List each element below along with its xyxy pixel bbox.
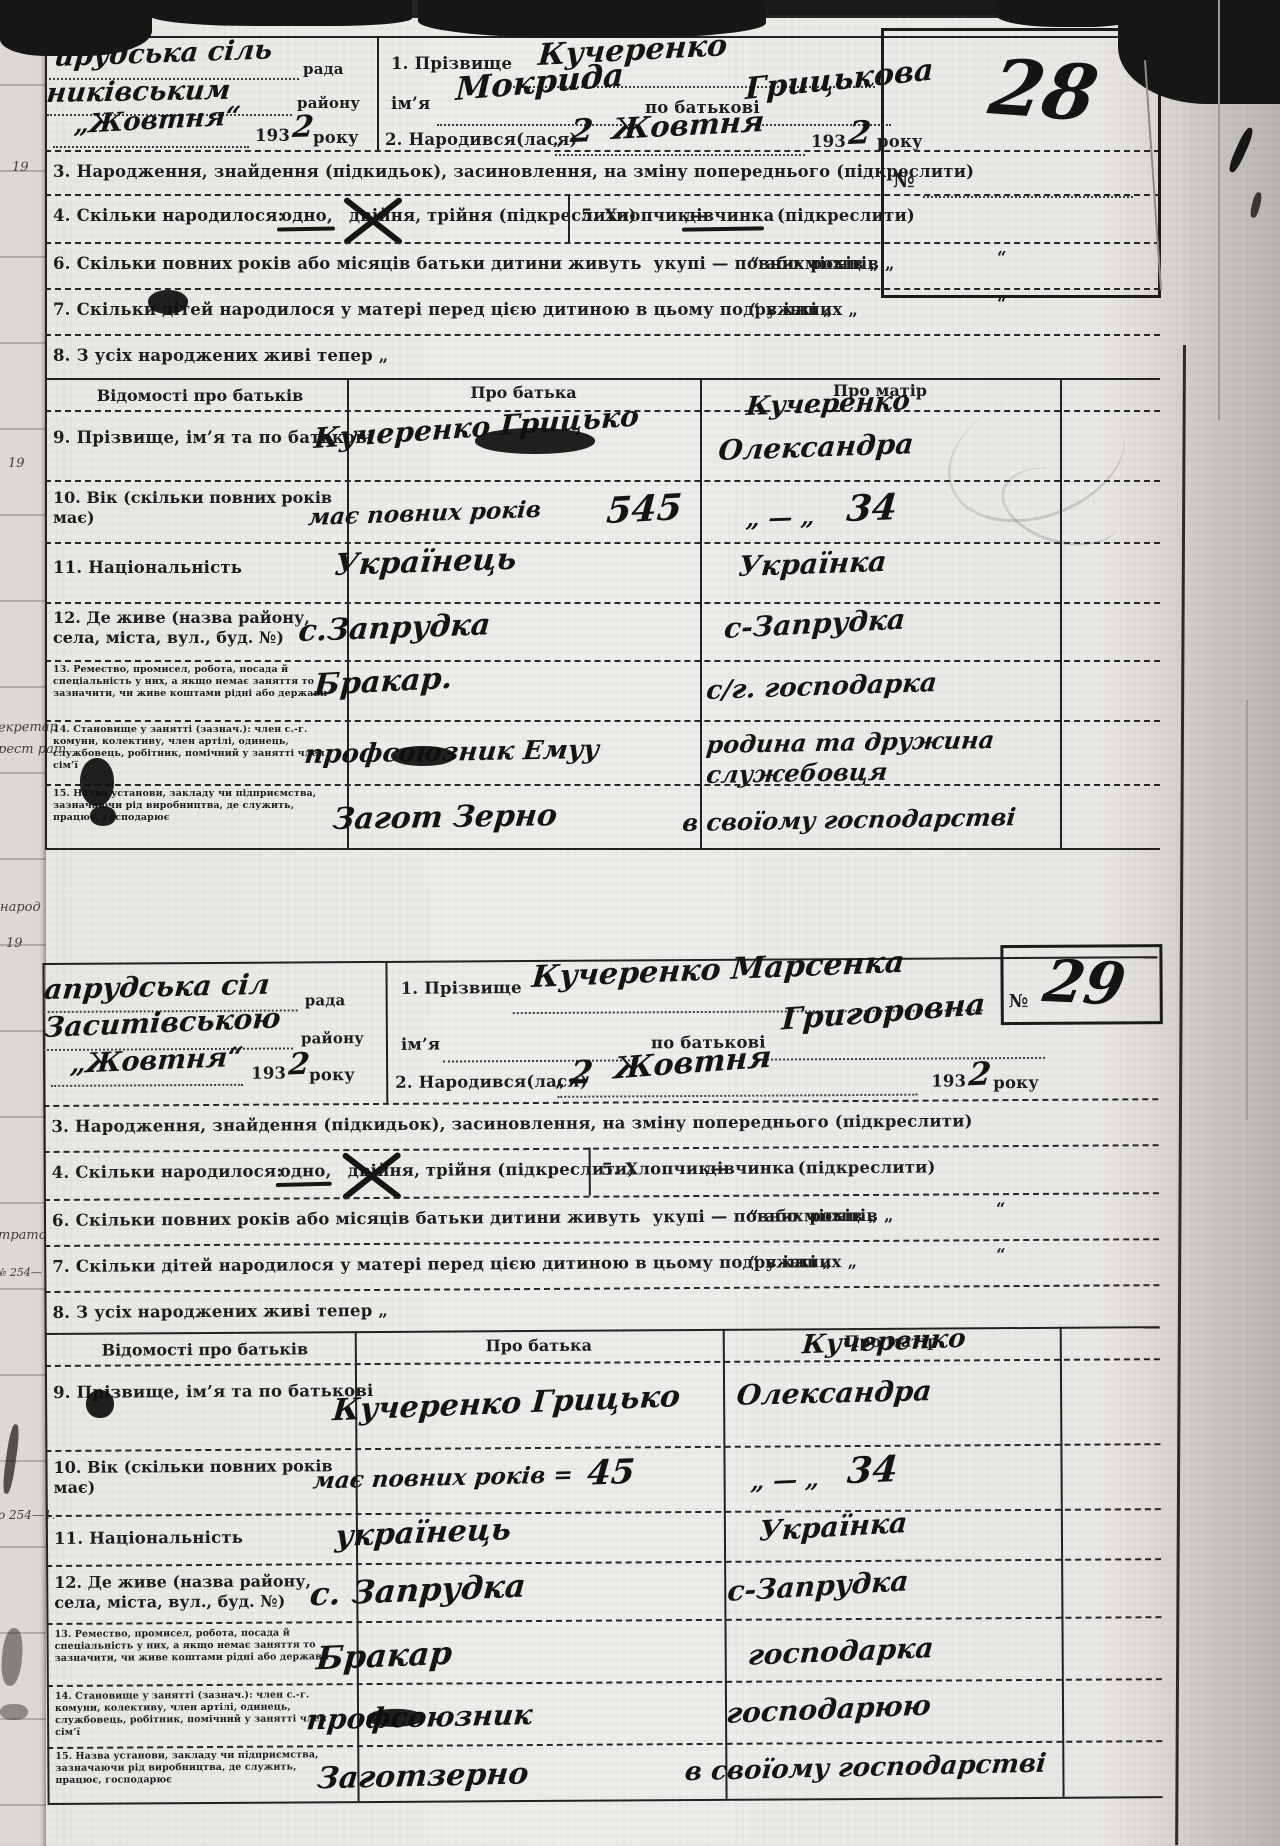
birth-record-form-29: апрудська сіл рада Заситівською району „… (42, 948, 1162, 1807)
row11-label: 11. Національність (54, 1528, 243, 1548)
father-age-handwritten: 45 (586, 1452, 637, 1494)
mother-residence-handwritten: с-Запрудка (723, 603, 906, 645)
option-one: одно, (281, 206, 333, 225)
registration-year-digit: 2 (287, 1047, 311, 1083)
born-month-handwritten: Жовтня (611, 104, 765, 146)
record-number: 29 (1039, 947, 1131, 1019)
district-label: району (301, 1029, 364, 1047)
mother-age-handwritten: 34 (845, 486, 899, 530)
divider (589, 1148, 591, 1196)
row7-label-suffix: “ в інших „ (749, 1252, 857, 1272)
quote-mark: “ (996, 1245, 1006, 1264)
table-header-father: Про батька (347, 383, 700, 402)
dotted-line (555, 154, 805, 156)
ink-blot (475, 428, 595, 454)
born-year-digit: 2 (967, 1054, 992, 1093)
mother-institution-handwritten: в своїому господарстві (683, 1749, 1047, 1788)
quote-mark: “ (997, 248, 1007, 267)
mother-age-handwritten: 34 (846, 1448, 900, 1492)
torn-paper-edge (996, 0, 1136, 27)
child-patronymic-handwritten: Григоровна (781, 987, 986, 1037)
district-name-handwritten: Заситівською (43, 1001, 282, 1044)
year-label: року (313, 128, 359, 147)
divider (46, 1558, 1161, 1567)
father-institution-handwritten: Загот Зерно (331, 798, 559, 837)
number-sign: № (1009, 991, 1029, 1012)
quote-mark: „ (555, 1072, 565, 1091)
council-label: рада (305, 991, 346, 1009)
row8-label: 8. З усіх народжених живі тепер „ (53, 1301, 389, 1322)
father-residence-handwritten: с. Запрудка (308, 1567, 527, 1614)
divider (44, 1238, 1159, 1247)
surname-label: 1. Прізвище (401, 978, 522, 998)
row12-label: 12. Де живе (назва району, села, міста, … (53, 608, 339, 648)
row4-label: 4. Скільки народилося: (53, 206, 284, 225)
table-bottom-border (45, 848, 1160, 850)
mother-age-ditto: „ — „ (750, 1464, 821, 1496)
mother-position-handwritten: господарюю (725, 1688, 932, 1729)
divider (45, 784, 1160, 786)
row5-suffix: (підкреслити) (777, 206, 915, 225)
margin-note: 19 (8, 456, 25, 471)
mother-occupation-handwritten: с/г. господарка (705, 668, 938, 706)
row7-label-suffix: “ в інших „ (750, 300, 858, 319)
quote-mark: „ (553, 130, 563, 149)
father-occupation-handwritten: Бракар. (313, 661, 453, 703)
divider (44, 1192, 1159, 1201)
divider (46, 1616, 1161, 1625)
born-month-handwritten: Жовтня (613, 1040, 772, 1087)
hand-underline (277, 226, 335, 231)
ink-blot (367, 1709, 423, 1727)
divider (385, 961, 388, 1103)
margin-note: 19 (6, 936, 23, 951)
ink-blot (86, 1390, 114, 1418)
row10-label: 10. Вік (скільки повних років має) (53, 488, 339, 528)
hole-punch (90, 806, 116, 826)
margin-note: народ (0, 900, 41, 915)
year-prefix: 193 (931, 1071, 966, 1090)
quote-mark: “ (997, 294, 1007, 313)
divider (45, 1358, 1160, 1367)
divider (45, 288, 1160, 290)
divider (47, 1678, 1162, 1687)
divider (377, 36, 379, 150)
margin-note: трато (0, 1228, 47, 1243)
row11-label: 11. Національність (53, 558, 242, 577)
child-surname-handwritten: Кучеренко Марсенка (531, 945, 906, 995)
divider (45, 720, 1160, 722)
quote-mark: “ (996, 1199, 1006, 1218)
dotted-line (557, 1094, 917, 1098)
mother-name-handwritten: Олександра (717, 427, 915, 467)
year-label: року (309, 1065, 355, 1084)
left-page-margin (0, 0, 46, 1846)
row6-label-suffix: “ або місяців „ (749, 1206, 894, 1226)
father-institution-handwritten: Заготзерно (316, 1756, 531, 1796)
name-label: ім’я (391, 94, 430, 113)
torn-paper-edge (764, 0, 996, 15)
council-name-handwritten: апрудська сіл (43, 968, 272, 1006)
mother-name-handwritten: Олександра (735, 1374, 933, 1412)
father-occupation-handwritten: Бракар (315, 1634, 454, 1678)
father-age-handwritten: 545 (605, 486, 683, 532)
table-header-father: Про батька (355, 1335, 723, 1356)
dotted-line (437, 124, 637, 126)
row13-label: 13. Ремество, промисел, робота, посада й… (55, 1627, 345, 1665)
mother-residence-handwritten: с-Запрудка (726, 1564, 909, 1608)
name-label: ім’я (401, 1035, 440, 1054)
mother-surname-handwritten: Кучеренко (745, 386, 911, 422)
father-residence-handwritten: с.Запрудка (297, 607, 492, 649)
torn-paper-edge (150, 0, 412, 26)
option-girl: дівчинка (685, 206, 774, 225)
row14-label: 14. Становище у занятті (зазнач.): член … (55, 1689, 345, 1739)
margin-note: 19 (12, 160, 29, 175)
divider (45, 1443, 1160, 1452)
row13-label: 13. Ремество, промисел, робота, посада й… (53, 664, 341, 700)
table-header-parents: Відомості про батьків (55, 386, 345, 405)
divider (45, 242, 1160, 244)
row15-label: 15. Назва установи, закладу чи підприємс… (55, 1749, 345, 1787)
record-number: 28 (983, 42, 1105, 138)
year-prefix: 193 (255, 126, 290, 145)
father-age-text-handwritten: має повних років (307, 496, 542, 531)
table-header-parents: Відомості про батьків (55, 1339, 355, 1360)
divider (47, 1740, 1162, 1749)
dotted-line (755, 1057, 1045, 1061)
mother-institution-handwritten: в своїому господарстві (681, 802, 1017, 837)
page-edge-line (1246, 700, 1248, 1120)
father-nationality-handwritten: Українець (333, 542, 518, 583)
column-divider (1060, 1327, 1065, 1797)
mother-age-ditto: „ — „ (745, 502, 816, 533)
column-divider (700, 378, 702, 848)
table-top-border (45, 378, 1160, 380)
row12-label: 12. Де живе (назва району, села, міста, … (54, 1571, 346, 1613)
row3-label: 3. Народження, знайдення (підкидьок), за… (51, 1111, 972, 1136)
row8-label: 8. З усіх народжених живі тепер „ (53, 346, 388, 365)
mother-surname-handwritten: Кучеренко (801, 1324, 967, 1361)
row3-label: 3. Народження, знайдення (підкидьок), за… (53, 162, 974, 181)
father-age-text-handwritten: має повних років = (312, 1461, 574, 1494)
option-one: одно, (280, 1161, 332, 1180)
hand-underline (276, 1182, 332, 1187)
divider (44, 1144, 1159, 1153)
hand-underline (682, 226, 764, 231)
divider (43, 1098, 1158, 1107)
born-day-handwritten: 2 (569, 1053, 594, 1092)
mother-position-handwritten: родина та дружина (705, 725, 996, 759)
ink-blot (391, 746, 455, 766)
dotted-line (53, 146, 249, 148)
mother-occupation-handwritten: господарка (747, 1631, 935, 1672)
hole-punch (80, 758, 114, 806)
row4-label: 4. Скільки народилося: (52, 1162, 283, 1182)
year-label: року (993, 1073, 1039, 1092)
divider (45, 36, 47, 848)
divider (45, 194, 1160, 196)
year-prefix: 193 (251, 1064, 286, 1083)
born-day-handwritten: 2 (569, 111, 595, 150)
row6-label-suffix: “ або місяців „ (750, 254, 895, 273)
divider (568, 194, 570, 242)
divider (45, 602, 1160, 604)
divider (45, 542, 1160, 544)
born-year-digit: 2 (847, 113, 873, 152)
row7-label: 7. Скільки дітей народилося у матері пер… (52, 1252, 832, 1276)
father-nationality-handwritten: українець (334, 1512, 512, 1554)
ink-blot (148, 290, 188, 314)
father-fullname-handwritten: Кучеренко Грицько (331, 1379, 681, 1428)
option-girl: дівчинка (706, 1158, 795, 1178)
divider (44, 1284, 1159, 1293)
torn-paper-edge (0, 0, 152, 56)
torn-paper-edge (418, 0, 766, 38)
father-fullname-handwritten: Кучеренко Грицько (313, 400, 640, 455)
year-prefix: 193 (811, 132, 846, 151)
born-label: 2. Народився(лася) (385, 130, 578, 149)
divider (45, 334, 1160, 336)
row10-label: 10. Вік (скільки повних років має) (53, 1456, 343, 1498)
dotted-line (443, 1059, 638, 1062)
mother-nationality-handwritten: Українка (737, 545, 888, 583)
registration-month-handwritten: „Жовтня“ (69, 1042, 244, 1080)
margin-note: № 254— (0, 1266, 42, 1279)
divider (46, 1508, 1161, 1517)
dotted-line (51, 1084, 243, 1087)
council-label: рада (303, 60, 344, 78)
registration-year-digit: 2 (291, 109, 315, 145)
row5-suffix: (підкреслити) (798, 1158, 936, 1178)
page-edge-line (1218, 0, 1220, 420)
dotted-line (923, 196, 1133, 198)
margin-smudge (0, 1704, 28, 1720)
divider (45, 660, 1160, 662)
